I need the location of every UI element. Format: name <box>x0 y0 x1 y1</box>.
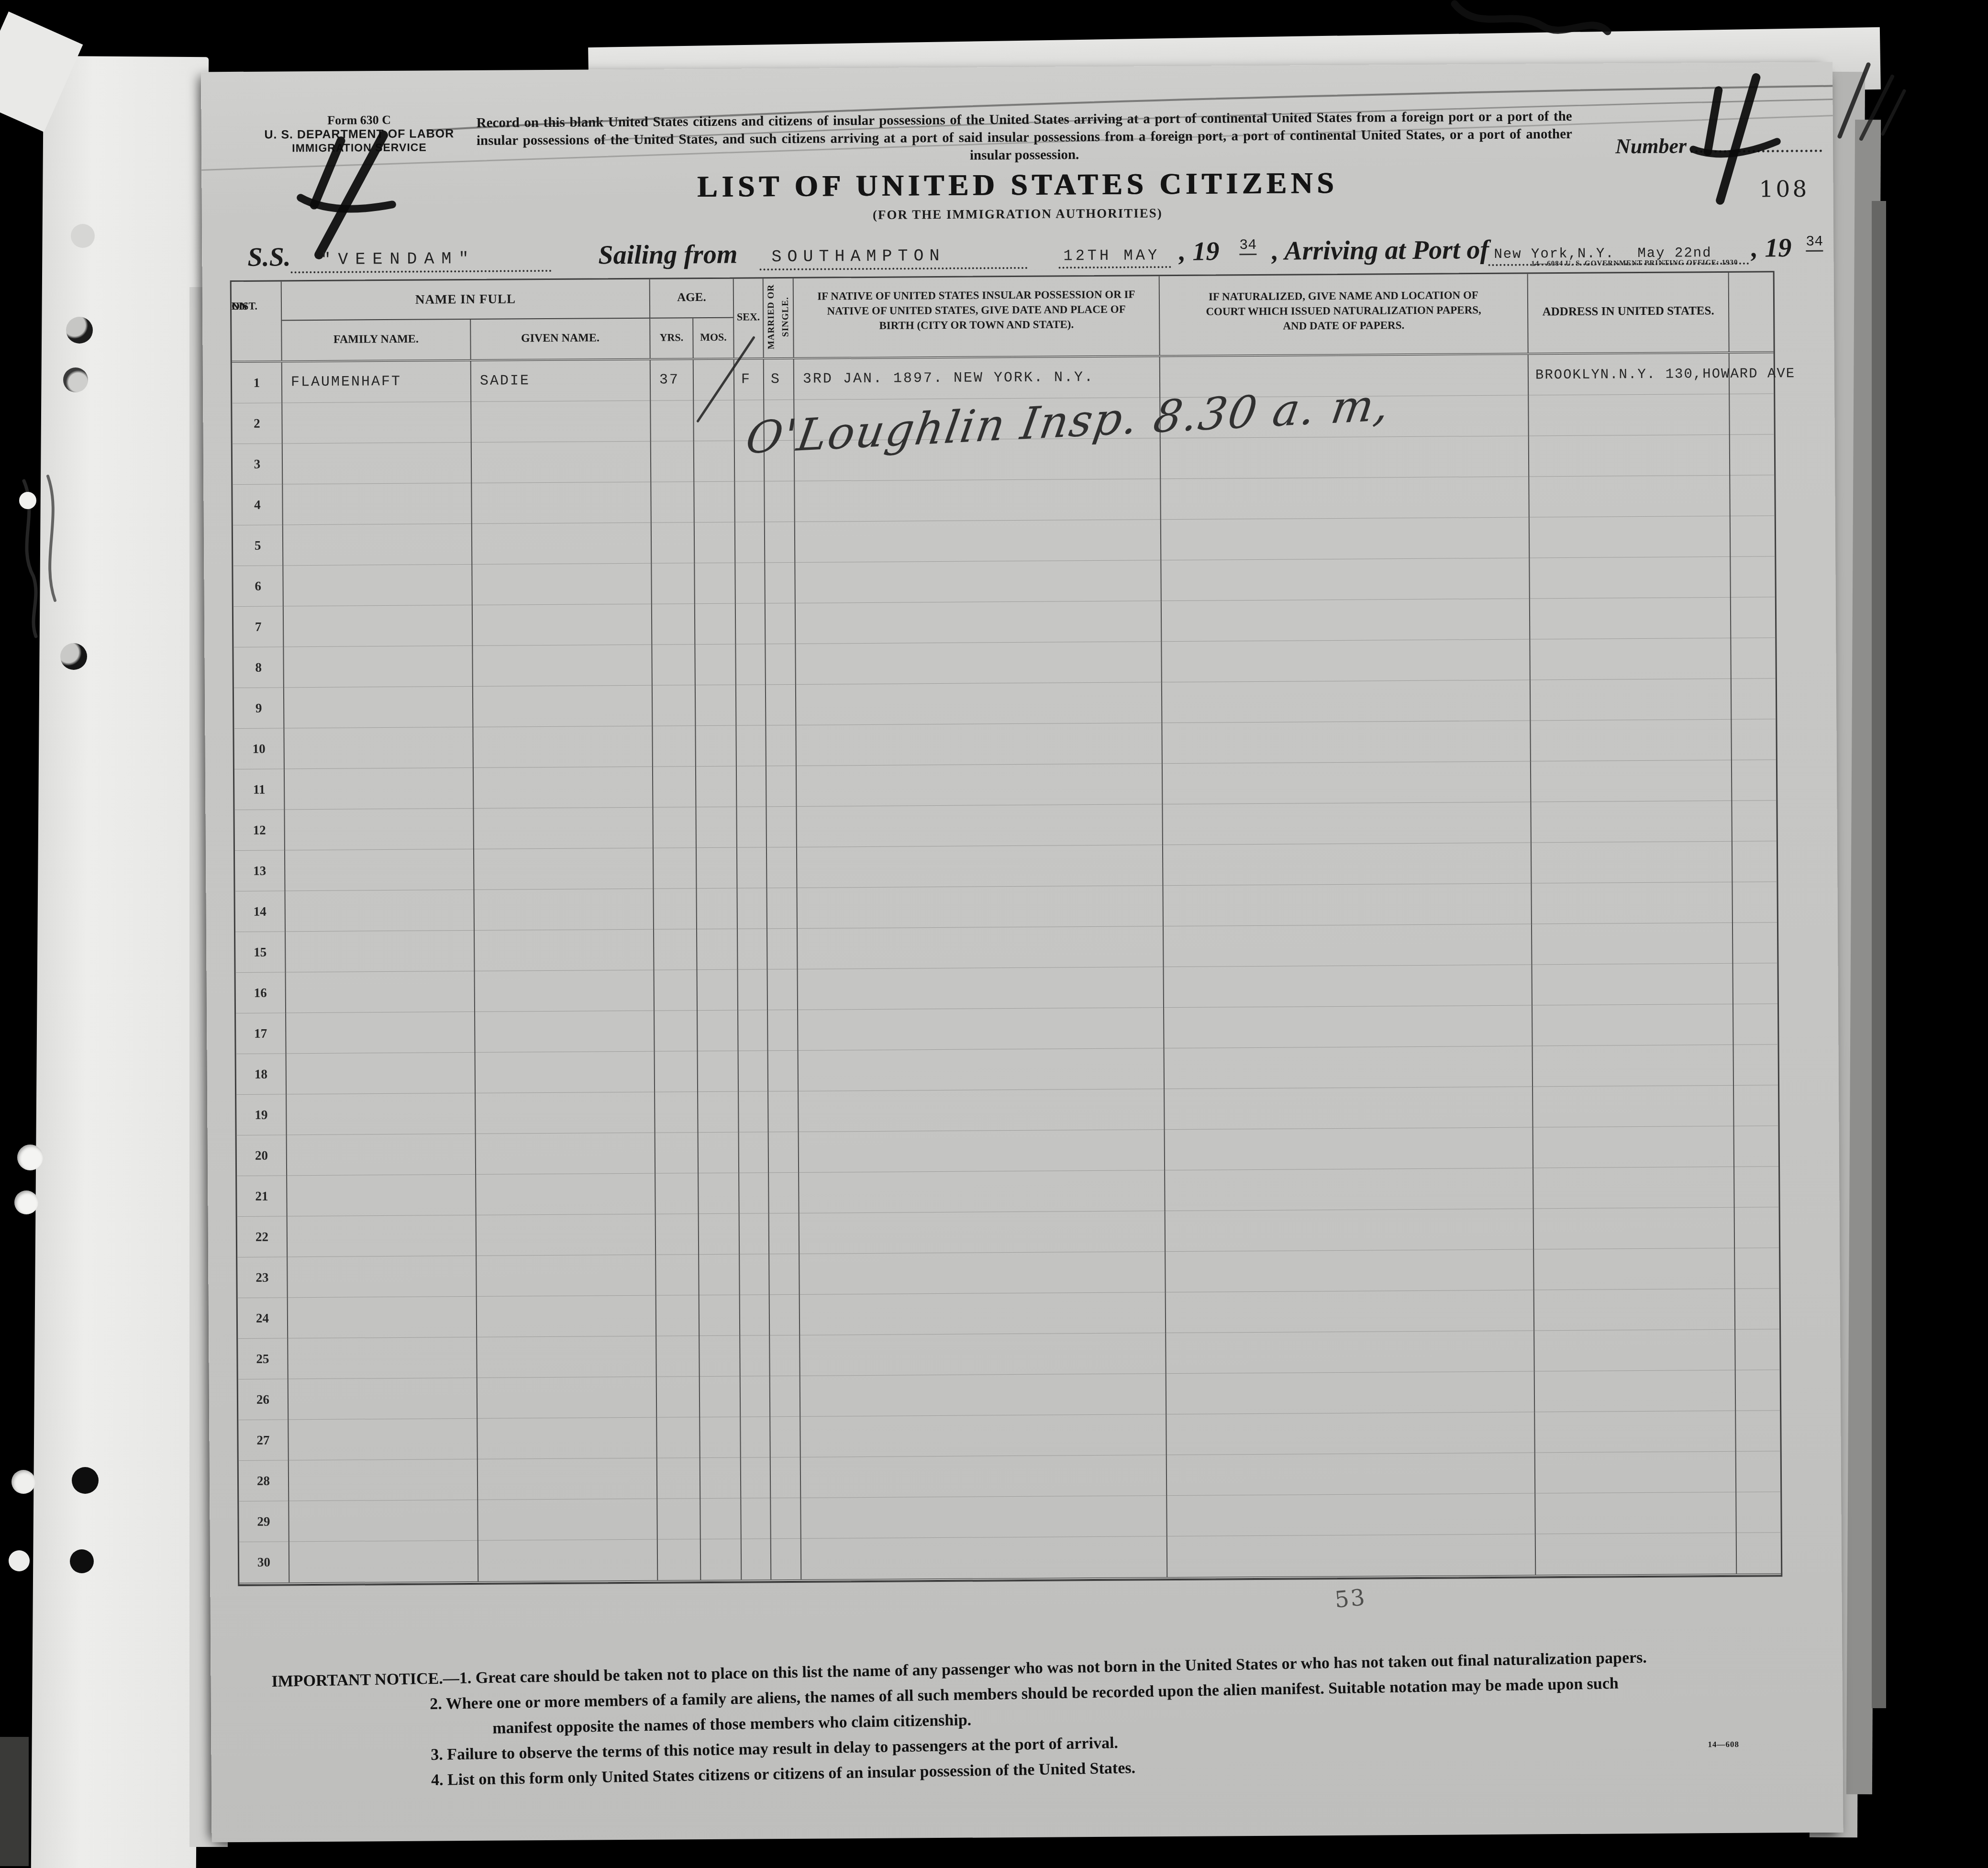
cell-mar <box>768 969 799 1010</box>
cell-addr <box>1529 435 1731 477</box>
cell-no: 17 <box>236 1013 287 1054</box>
cell-nat <box>1163 843 1532 886</box>
cell-mos <box>699 1173 740 1214</box>
cell-birth <box>795 560 1162 603</box>
cell-nat <box>1164 1005 1533 1048</box>
cell-sex <box>740 1213 770 1254</box>
cell-nat <box>1165 1168 1534 1211</box>
cell-addr <box>1532 964 1733 1006</box>
cell-mar <box>767 929 798 969</box>
cell-yrs <box>655 1092 699 1133</box>
cell-mar <box>766 807 797 847</box>
cell-extra <box>1734 1126 1779 1167</box>
cell-no: 29 <box>239 1501 289 1542</box>
cell-sex <box>741 1457 771 1498</box>
cell-family <box>284 687 474 728</box>
cell-birth <box>800 1252 1166 1295</box>
cell-mar <box>766 644 796 685</box>
cell-sex <box>736 644 766 685</box>
cell-mos <box>699 1255 740 1296</box>
cell-sex <box>741 1376 771 1417</box>
header-address: ADDRESS IN UNITED STATES. <box>1528 273 1730 353</box>
cell-no: 7 <box>233 606 284 647</box>
cell-given <box>476 1133 656 1175</box>
cell-addr <box>1533 1126 1735 1168</box>
hole-punch <box>14 1190 38 1214</box>
cell-yrs <box>657 1499 701 1540</box>
cell-yrs <box>655 1011 698 1052</box>
cell-family <box>287 1175 477 1216</box>
cell-addr <box>1530 557 1731 599</box>
cell-extra <box>1736 1492 1781 1533</box>
cell-sex <box>735 563 766 603</box>
cell-sex <box>737 766 767 807</box>
cell-yrs <box>657 1377 700 1418</box>
cell-sex <box>738 1010 768 1051</box>
arrival-year-prefix: , 19 <box>1751 233 1791 264</box>
table-header: No. ON LIST. NAME IN FULL FAMILY NAME. G… <box>232 272 1774 363</box>
cell-birth <box>795 479 1161 522</box>
cell-mos <box>697 848 738 889</box>
cell-yrs <box>652 604 696 645</box>
ship-name: "VEENDAM" <box>321 249 476 269</box>
tally-stamp: 53 <box>1333 1584 1367 1613</box>
cell-no: 18 <box>236 1054 287 1095</box>
cell-given <box>475 930 655 971</box>
cell-birth <box>797 845 1164 888</box>
cell-mar <box>766 766 797 807</box>
cell-addr <box>1531 760 1733 802</box>
hole-punch <box>72 1467 99 1494</box>
cell-no: 26 <box>238 1379 289 1420</box>
header-naturalization-info: IF NATURALIZED, GIVE NAME AND LOCATION O… <box>1160 274 1529 355</box>
cell-birth <box>796 682 1163 725</box>
cell-extra <box>1733 841 1777 882</box>
cell-mar <box>770 1376 801 1417</box>
cell-mos <box>698 1011 739 1052</box>
cell-mar <box>771 1457 801 1498</box>
cell-addr <box>1530 516 1731 558</box>
cell-addr <box>1529 476 1731 518</box>
cell-addr <box>1530 638 1732 680</box>
cell-mos <box>699 1133 740 1174</box>
cell-no: 15 <box>235 932 286 973</box>
hole-punch <box>19 492 36 509</box>
cell-birth <box>801 1496 1167 1539</box>
cell-mar <box>765 481 795 522</box>
cell-yrs <box>654 929 698 970</box>
cell-birth <box>797 804 1163 847</box>
cell-family <box>286 971 476 1013</box>
header-family-name: FAMILY NAME. <box>282 320 471 360</box>
cell-nat <box>1166 1290 1535 1333</box>
cell-yrs <box>651 482 695 523</box>
cell-mos <box>698 970 739 1011</box>
cell-birth <box>796 723 1163 766</box>
instructions-paragraph: Record on this blank United States citiz… <box>477 108 1573 167</box>
cell-yrs <box>658 1539 701 1580</box>
cell-addr <box>1534 1248 1735 1290</box>
cell-given: SADIE <box>471 360 651 402</box>
cell-mos <box>698 1092 739 1133</box>
cell-mar <box>769 1213 800 1254</box>
cell-family <box>286 931 475 972</box>
header-blank-column <box>1729 272 1774 352</box>
cell-birth <box>797 886 1164 929</box>
cell-nat <box>1166 1331 1535 1374</box>
cell-birth <box>796 642 1162 685</box>
cell-addr <box>1534 1330 1736 1372</box>
header-married-single-label: MARRIED OR SINGLE. <box>764 278 793 355</box>
cell-yrs <box>654 848 697 889</box>
cell-extra <box>1735 1207 1779 1248</box>
cell-given <box>471 401 651 443</box>
cell-mar <box>766 603 796 644</box>
cell-no: 11 <box>234 769 285 810</box>
cell-birth <box>799 1089 1165 1132</box>
cell-mar <box>769 1173 800 1213</box>
table-body: 1FLAUMENHAFTSADIE37FS3RD JAN. 1897. NEW … <box>232 353 1781 1585</box>
cell-family <box>287 1053 476 1094</box>
cell-mos <box>700 1417 741 1458</box>
cell-extra <box>1731 516 1775 557</box>
paper-corner-fragment <box>0 1737 29 1866</box>
cell-mos <box>695 523 736 564</box>
cell-mar <box>768 1010 799 1051</box>
cell-extra <box>1736 1370 1780 1411</box>
cell-family <box>289 1419 478 1460</box>
cell-extra <box>1735 1248 1779 1289</box>
cell-extra <box>1732 719 1776 760</box>
cell-mos <box>696 767 737 808</box>
cell-given <box>478 1418 657 1459</box>
cell-addr <box>1534 1289 1736 1331</box>
cell-family <box>283 483 472 525</box>
cell-nat <box>1163 802 1532 845</box>
cell-nat <box>1163 883 1532 926</box>
cell-extra <box>1730 475 1775 516</box>
cell-birth <box>799 1170 1166 1213</box>
cell-no: 30 <box>239 1542 290 1583</box>
cell-mos <box>696 807 737 848</box>
cell-family <box>286 1012 476 1054</box>
cell-addr <box>1535 1492 1737 1534</box>
cell-sex <box>742 1539 772 1579</box>
cell-family <box>283 524 473 566</box>
cell-sex <box>736 685 766 725</box>
cell-given <box>475 1011 655 1053</box>
cell-family <box>283 443 472 484</box>
cell-extra <box>1732 760 1777 801</box>
cell-addr <box>1535 1411 1736 1453</box>
cell-yrs <box>655 970 698 1011</box>
cell-given <box>478 1377 657 1419</box>
cell-family <box>285 849 475 891</box>
cell-given <box>477 1214 656 1256</box>
cell-extra <box>1737 1533 1781 1574</box>
cell-yrs <box>655 1133 699 1174</box>
cell-sex <box>741 1417 771 1457</box>
sailing-port: SOUTHAMPTON <box>771 246 945 267</box>
cell-family <box>289 1459 478 1501</box>
cell-addr <box>1529 394 1730 436</box>
cell-addr <box>1533 1004 1734 1046</box>
citizens-table: No. ON LIST. NAME IN FULL FAMILY NAME. G… <box>230 271 1783 1586</box>
cell-family <box>284 605 473 647</box>
cell-mos <box>700 1336 741 1377</box>
hole-punch <box>9 1550 30 1571</box>
header-married-single: MARRIED OR SINGLE. <box>764 278 794 357</box>
cell-given <box>478 1540 658 1581</box>
cell-yrs <box>656 1255 700 1296</box>
cell-family <box>288 1297 478 1338</box>
cell-nat <box>1167 1453 1536 1496</box>
cell-yrs: 37 <box>651 360 694 401</box>
cell-given <box>474 848 654 890</box>
cell-given <box>477 1296 657 1337</box>
cell-yrs <box>657 1417 700 1458</box>
cell-family <box>284 727 474 769</box>
cell-nat <box>1162 680 1531 723</box>
cell-mos <box>694 441 735 482</box>
cell-no: 2 <box>232 403 283 444</box>
cell-extra <box>1732 801 1777 842</box>
cell-birth <box>795 520 1162 563</box>
cell-addr <box>1532 842 1733 884</box>
paper-stack-left-edge <box>31 56 209 1868</box>
cell-family <box>284 646 473 688</box>
cell-nat <box>1161 436 1530 479</box>
cell-no: 22 <box>237 1216 288 1257</box>
cell-extra <box>1734 1167 1779 1208</box>
cell-given <box>473 726 653 768</box>
cell-extra <box>1730 394 1774 435</box>
cell-extra <box>1736 1451 1781 1492</box>
cell-no: 4 <box>233 484 283 525</box>
cell-yrs <box>653 807 697 848</box>
cell-no: 23 <box>237 1257 288 1298</box>
cell-mar <box>769 1132 800 1173</box>
cell-given <box>477 1255 656 1297</box>
cell-family <box>285 809 474 850</box>
header-age: AGE. <box>650 279 734 319</box>
cell-nat <box>1162 639 1531 682</box>
cell-family <box>287 1134 477 1176</box>
cell-yrs <box>651 400 694 442</box>
cell-addr <box>1532 882 1733 924</box>
sailing-date: 12TH MAY <box>1063 246 1160 265</box>
cell-sex <box>737 807 767 847</box>
cell-no: 13 <box>235 850 286 891</box>
cell-mar <box>768 1051 799 1091</box>
cell-yrs <box>652 645 696 686</box>
cell-mos <box>695 604 736 645</box>
cell-sex <box>739 1091 769 1132</box>
cell-given <box>473 686 653 727</box>
cell-sex <box>737 847 767 888</box>
cell-yrs <box>656 1214 700 1255</box>
cell-sex <box>738 929 768 969</box>
cell-sex <box>740 1254 770 1295</box>
document-sheet: Form 630 C U. S. DEPARTMENT OF LABOR IMM… <box>201 62 1844 1843</box>
cell-nat <box>1165 1087 1533 1130</box>
cell-family <box>289 1541 479 1582</box>
cell-given <box>477 1336 657 1378</box>
important-notice: IMPORTANT NOTICE.—1. Great care should b… <box>271 1645 1649 1796</box>
cell-given <box>473 604 653 646</box>
ship-name-line <box>291 270 552 273</box>
form-code-imprint: 14—608 <box>1708 1740 1739 1749</box>
cell-mar <box>770 1417 801 1457</box>
cell-mos <box>694 482 735 523</box>
number-label: Number <box>1615 134 1687 158</box>
cell-yrs <box>653 726 696 767</box>
cell-birth <box>798 967 1165 1010</box>
cell-no: 10 <box>234 728 285 769</box>
top-edge-pen-mark <box>1445 0 1617 45</box>
cell-no: 14 <box>235 891 286 932</box>
cell-no: 24 <box>238 1298 289 1339</box>
ss-label: S.S. <box>247 242 291 273</box>
cell-nat <box>1162 599 1531 642</box>
sailing-year: 34 <box>1239 237 1256 255</box>
sailing-port-line <box>760 267 1028 270</box>
cell-sex <box>737 888 767 929</box>
cell-given <box>474 889 654 931</box>
cell-no: 6 <box>233 566 284 607</box>
cell-yrs <box>652 563 695 604</box>
cell-yrs <box>654 889 697 930</box>
cell-no: 21 <box>237 1176 288 1217</box>
cell-mar <box>766 685 797 725</box>
hole-punch <box>66 317 93 344</box>
cell-mos <box>697 929 738 970</box>
cell-addr <box>1531 720 1732 762</box>
cell-nat <box>1161 558 1530 601</box>
cell-mar <box>765 522 796 563</box>
cell-yrs <box>656 1336 700 1377</box>
hole-punch <box>63 367 88 392</box>
cell-no: 28 <box>239 1460 289 1501</box>
form-number: Form 630 C <box>254 112 465 128</box>
cell-birth <box>797 764 1163 807</box>
cell-no: 8 <box>233 647 284 688</box>
cell-birth <box>800 1374 1167 1417</box>
cell-nat <box>1161 517 1530 560</box>
cell-nat <box>1167 1534 1536 1577</box>
cell-family <box>285 768 474 810</box>
cell-addr <box>1535 1452 1737 1494</box>
cell-nat <box>1162 721 1531 764</box>
cell-sex <box>735 481 765 522</box>
cell-sex <box>739 1132 769 1173</box>
cell-family <box>282 402 472 444</box>
cell-no: 1 <box>232 362 283 403</box>
cell-mos <box>700 1499 742 1540</box>
cell-mar: S <box>764 359 795 400</box>
cell-nat <box>1165 1127 1534 1170</box>
cell-birth <box>799 1048 1165 1091</box>
cell-nat <box>1166 1249 1534 1292</box>
cell-extra <box>1730 353 1774 394</box>
cell-given <box>473 645 653 687</box>
header-yrs: YRS. <box>650 318 694 358</box>
cell-mos <box>697 889 738 930</box>
cell-addr <box>1536 1533 1737 1575</box>
cell-sex <box>736 725 766 766</box>
cell-nat <box>1166 1209 1534 1252</box>
cell-given <box>472 564 652 605</box>
cell-extra <box>1731 556 1775 598</box>
cell-addr <box>1531 801 1733 843</box>
cell-yrs <box>656 1295 700 1336</box>
margin-scribble <box>7 474 79 646</box>
sailing-year-prefix: , 19 <box>1179 236 1219 267</box>
cell-birth <box>798 926 1164 969</box>
cell-given <box>476 1174 656 1215</box>
cell-nat <box>1164 924 1533 967</box>
cell-mar <box>767 888 798 929</box>
cell-mos <box>695 645 736 686</box>
cell-nat <box>1163 761 1532 804</box>
cell-sex <box>741 1498 771 1539</box>
cell-mos <box>700 1458 742 1499</box>
header-given-name: GIVEN NAME. <box>471 319 651 359</box>
cell-mar <box>765 563 796 603</box>
cell-extra <box>1735 1289 1780 1330</box>
cell-family <box>285 890 475 932</box>
cell-extra <box>1731 638 1776 679</box>
cell-mos <box>700 1377 741 1418</box>
cell-extra <box>1734 1045 1778 1086</box>
cell-mar <box>770 1335 800 1376</box>
cell-addr <box>1530 598 1732 640</box>
cell-mar <box>771 1539 802 1579</box>
cell-mar <box>768 1091 799 1132</box>
cell-given <box>475 970 655 1012</box>
cell-given <box>478 1458 658 1500</box>
cell-extra <box>1733 882 1777 923</box>
cell-no: 19 <box>236 1094 287 1135</box>
cell-addr <box>1531 679 1732 721</box>
cell-birth <box>796 601 1162 644</box>
cell-extra <box>1736 1411 1780 1452</box>
cell-family <box>288 1337 478 1379</box>
cell-sex <box>738 969 768 1010</box>
cell-extra <box>1734 1085 1778 1126</box>
cell-mos <box>695 563 736 604</box>
arrival-year: 34 <box>1806 234 1823 252</box>
cell-sex <box>740 1335 770 1376</box>
cell-mar <box>771 1498 801 1539</box>
cell-family <box>287 1093 476 1135</box>
cell-nat <box>1165 1046 1533 1089</box>
cell-addr <box>1532 923 1733 965</box>
cell-mar <box>766 725 797 766</box>
cell-addr <box>1535 1370 1736 1412</box>
cell-sex <box>739 1051 769 1091</box>
cell-mos <box>701 1539 742 1580</box>
cell-birth <box>798 1008 1165 1051</box>
hole-punch <box>71 224 95 248</box>
cell-nat <box>1164 965 1533 1008</box>
header-birth-info: IF NATIVE OF UNITED STATES INSULAR POSSE… <box>794 276 1160 357</box>
hole-punch <box>60 643 87 670</box>
cell-addr <box>1533 1167 1735 1209</box>
cell-mos <box>700 1295 741 1336</box>
cell-nat <box>1167 1493 1536 1536</box>
cell-birth <box>800 1333 1166 1376</box>
